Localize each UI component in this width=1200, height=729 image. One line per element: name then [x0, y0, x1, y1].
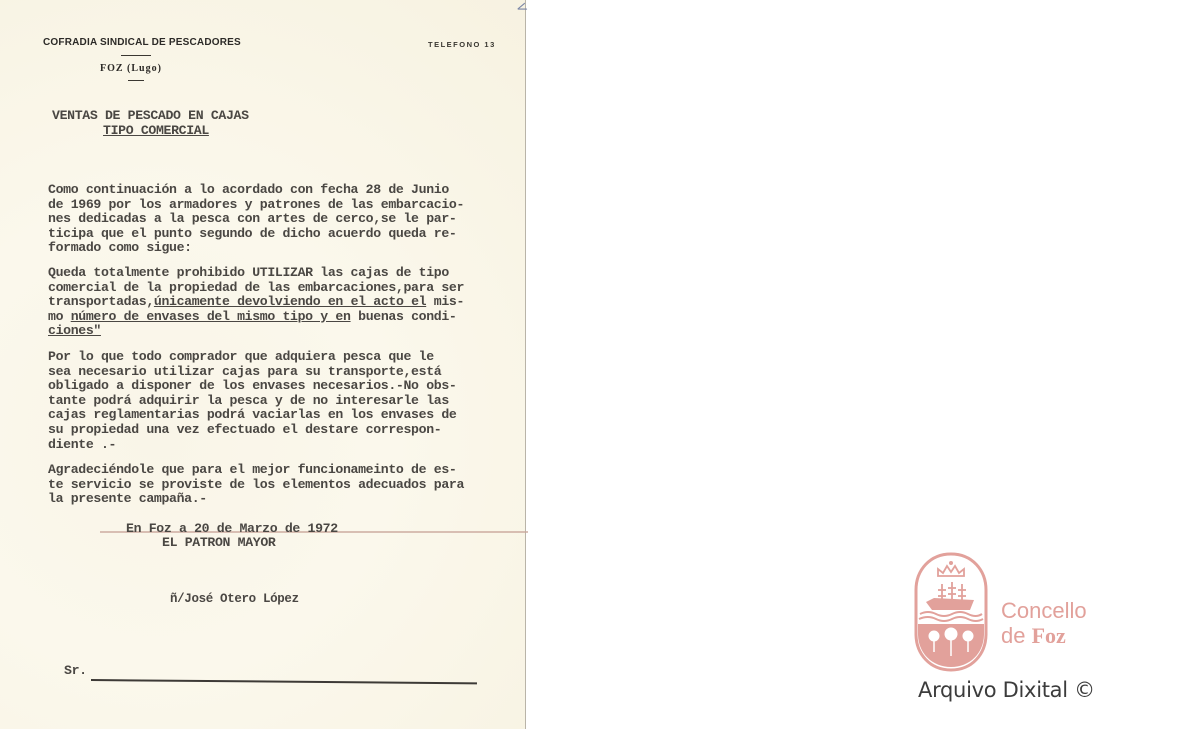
addressee-label: Sr.	[64, 664, 87, 679]
archive-label: Arquivo Dixital ©	[918, 678, 1095, 702]
letterhead-divider	[121, 55, 151, 56]
concello-name-line2: de Foz	[1001, 623, 1087, 648]
paragraph-buyer-obligation: Por lo que todo comprador que adquiera p…	[48, 350, 456, 452]
letterhead-city: FOZ (Lugo)	[100, 63, 162, 74]
signature: ñ/José Otero López	[170, 592, 299, 607]
addressee-line	[91, 679, 477, 684]
letterhead-divider	[128, 80, 144, 81]
paragraph-thanks: Agradeciéndole que para el mejor funcion…	[48, 463, 464, 507]
scanned-document: < COFRADIA SINDICAL DE PESCADORES FOZ (L…	[0, 0, 526, 729]
corner-check-mark: <	[514, 0, 530, 18]
signer-role: EL PATRON MAYOR	[162, 536, 275, 551]
letterhead-phone: TELEFONO 13	[428, 40, 496, 49]
foz-coat-of-arms-icon	[914, 552, 988, 672]
document-title-line1: VENTAS DE PESCADO EN CAJAS	[52, 109, 249, 124]
document-title-line2: TIPO COMERCIAL	[103, 124, 209, 139]
paragraph-intro: Como continuación a lo acordado con fech…	[48, 183, 464, 256]
concello-name-line1: Concello	[1001, 598, 1087, 623]
concello-name: Concello de Foz	[1001, 598, 1087, 648]
letterhead-organization: COFRADIA SINDICAL DE PESCADORES	[43, 37, 241, 48]
paragraph-prohibition: Queda totalmente prohibido UTILIZAR las …	[48, 266, 464, 339]
